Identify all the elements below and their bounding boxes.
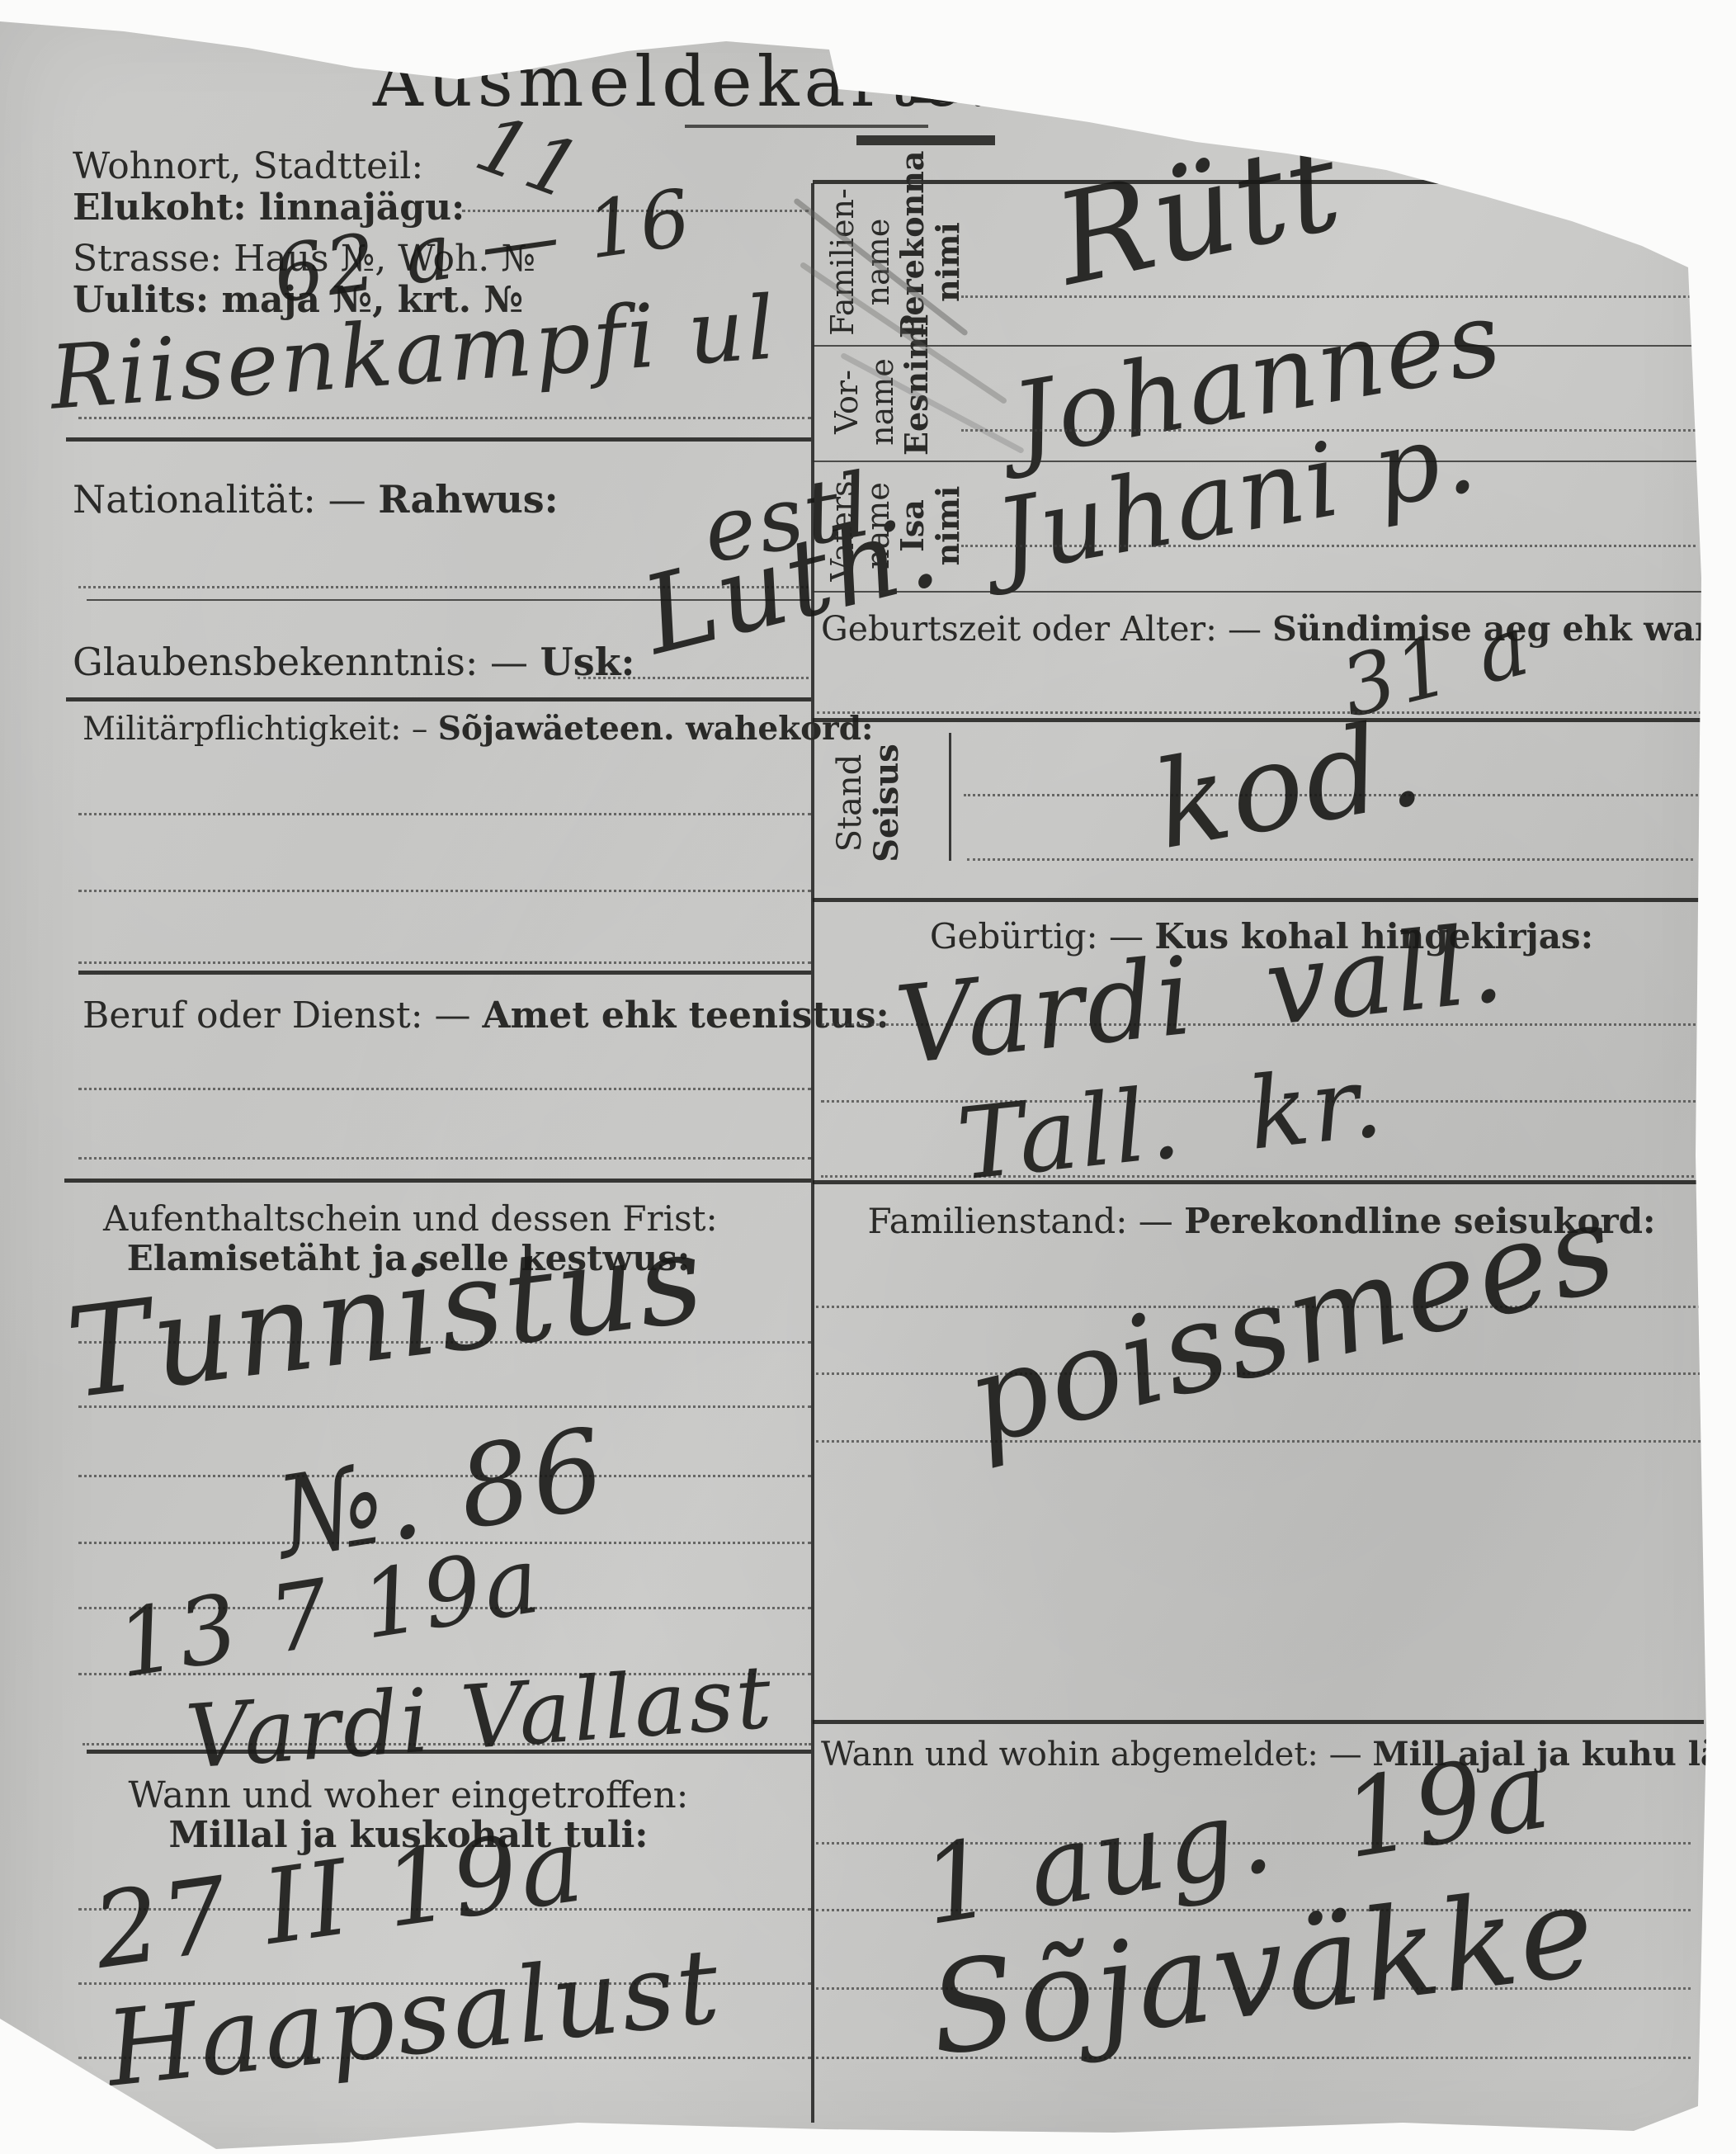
- section-rule-heavy: [64, 1179, 811, 1183]
- field-label-nationality: Nationalität: — Rahwus:: [73, 477, 559, 522]
- section-rule-heavy: [87, 1750, 811, 1754]
- dotted-line: [961, 295, 1696, 298]
- label-separator: —: [1228, 609, 1262, 649]
- section-rule-heavy: [813, 1720, 1704, 1724]
- dotted-line: [821, 1175, 1708, 1178]
- entry-family-name: Rütt: [1046, 122, 1352, 305]
- row-rule-thin: [813, 591, 1716, 593]
- label-profession-german: Beruf oder Dienst:: [83, 994, 423, 1037]
- section-rule-heavy: [813, 898, 1710, 902]
- card-title-estonian: Wäljaläinud.: [1017, 36, 1566, 125]
- dotted-line: [816, 1440, 1711, 1443]
- label-separator: —: [328, 477, 366, 522]
- label-status-german: Stand: [832, 725, 869, 881]
- label-separator: —: [490, 640, 528, 684]
- label-father-name-german: Vaters- name: [825, 464, 895, 588]
- section-rule-heavy: [66, 697, 811, 701]
- dotted-line: [78, 1157, 811, 1160]
- registration-card: Ausmeldekarte. — Wäljaläinud. Wohnort, S…: [0, 0, 1736, 2154]
- field-label-birth: Geburtszeit oder Alter: — Sündimise aeg …: [821, 609, 1736, 649]
- label-nationality-german: Nationalität:: [73, 477, 316, 522]
- section-rule-heavy: [66, 437, 811, 442]
- scanned-registration-card-page: { "colors": { "paper": "#c8c8c6", "ink":…: [0, 0, 1736, 2154]
- dotted-line: [961, 545, 1696, 547]
- label-military-german: Militärpflichtigkeit:: [83, 711, 401, 748]
- entry-status: kod.: [1147, 702, 1432, 867]
- status-label-divider-line: [949, 733, 951, 861]
- label-profession-estonian: Amet ehk teenistus:: [483, 994, 889, 1037]
- field-label-father-name: Vaters- name Isa nimi: [825, 464, 965, 588]
- dotted-line: [78, 813, 811, 815]
- label-father-name-estonian: Isa nimi: [895, 464, 965, 588]
- field-label-religion: Glaubensbekenntnis: — Usk:: [73, 640, 634, 684]
- label-separator: —: [1139, 1201, 1173, 1241]
- label-family-name-german: Familien- name: [825, 186, 895, 338]
- field-label-status: Stand Seisus: [832, 725, 906, 881]
- label-arrival-german: Wann und woher eingetroffen:: [103, 1774, 714, 1816]
- label-military-estonian: Sõjawäeteen. wahekord:: [438, 710, 874, 748]
- section-rule-heavy: [78, 971, 811, 975]
- label-religion-german: Glaubensbekenntnis:: [73, 640, 478, 684]
- dotted-line: [967, 858, 1693, 861]
- label-separator: —: [435, 994, 471, 1037]
- label-wohnort-german: Wohnort, Stadtteil:: [73, 145, 423, 187]
- dotted-line: [578, 677, 809, 679]
- label-birth-german: Geburtszeit oder Alter:: [821, 609, 1217, 649]
- field-label-military: Militärpflichtigkeit: – Sõjawäeteen. wah…: [83, 710, 873, 748]
- label-departure-german: Wann und wohin abgemeldet:: [821, 1736, 1319, 1774]
- dotted-line: [78, 961, 811, 964]
- title-underline-mark: [856, 135, 995, 145]
- label-separator: –: [412, 711, 428, 748]
- label-status-estonian: Seisus: [869, 725, 906, 881]
- title-underline: [685, 125, 928, 128]
- field-label-profession: Beruf oder Dienst: — Amet ehk teenistus:: [83, 994, 889, 1037]
- field-label-first-name: Vor- name Eesnimi: [829, 348, 935, 456]
- dotted-line: [78, 1088, 811, 1090]
- label-nationality-estonian: Rahwus:: [378, 477, 558, 522]
- card-title-dash: —: [908, 54, 974, 132]
- label-marital-german: Familienstand:: [867, 1201, 1127, 1241]
- dotted-line: [817, 711, 1712, 714]
- card-title-german: Ausmeldekarte.: [373, 41, 994, 122]
- dotted-line: [78, 890, 811, 892]
